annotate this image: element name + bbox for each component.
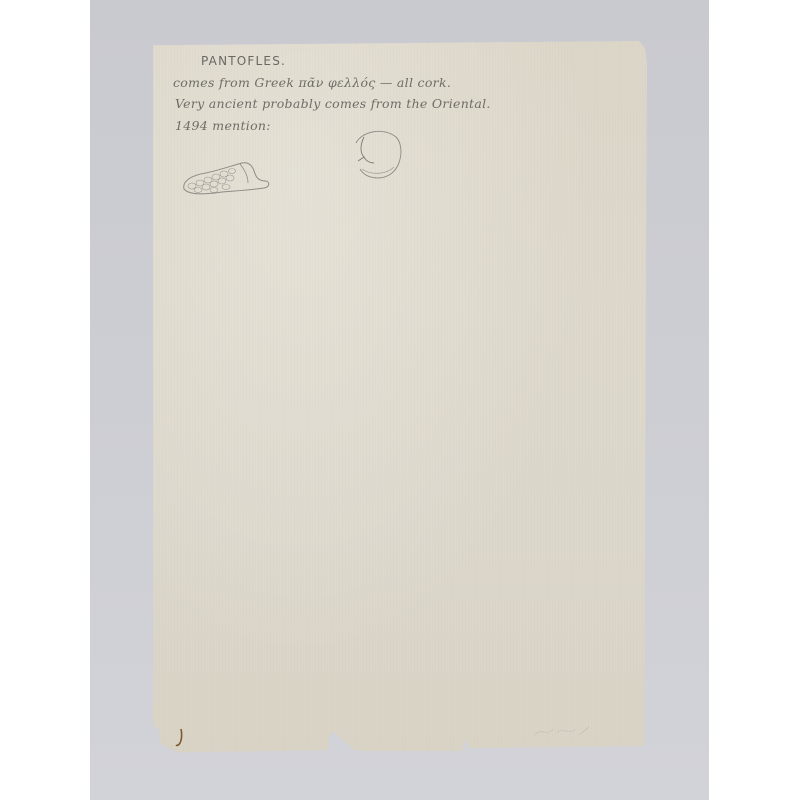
ink-stain (175, 727, 185, 747)
photo-stage: PANTOFLES. comes from Greek πᾶν φελλός —… (0, 0, 800, 800)
circle-sketch-icon (348, 125, 408, 185)
faint-pencil-mark (533, 721, 593, 741)
note-title: PANTOFLES. (201, 54, 286, 68)
note-line-3: 1494 mention: (175, 118, 271, 133)
note-line-1: comes from Greek πᾶν φελλός — all cork. (173, 75, 451, 90)
slipper-sketch-icon (178, 159, 273, 199)
paper-sheet: PANTOFLES. comes from Greek πᾶν φελλός —… (153, 41, 647, 756)
note-line-2: Very ancient probably comes from the Ori… (175, 96, 491, 111)
